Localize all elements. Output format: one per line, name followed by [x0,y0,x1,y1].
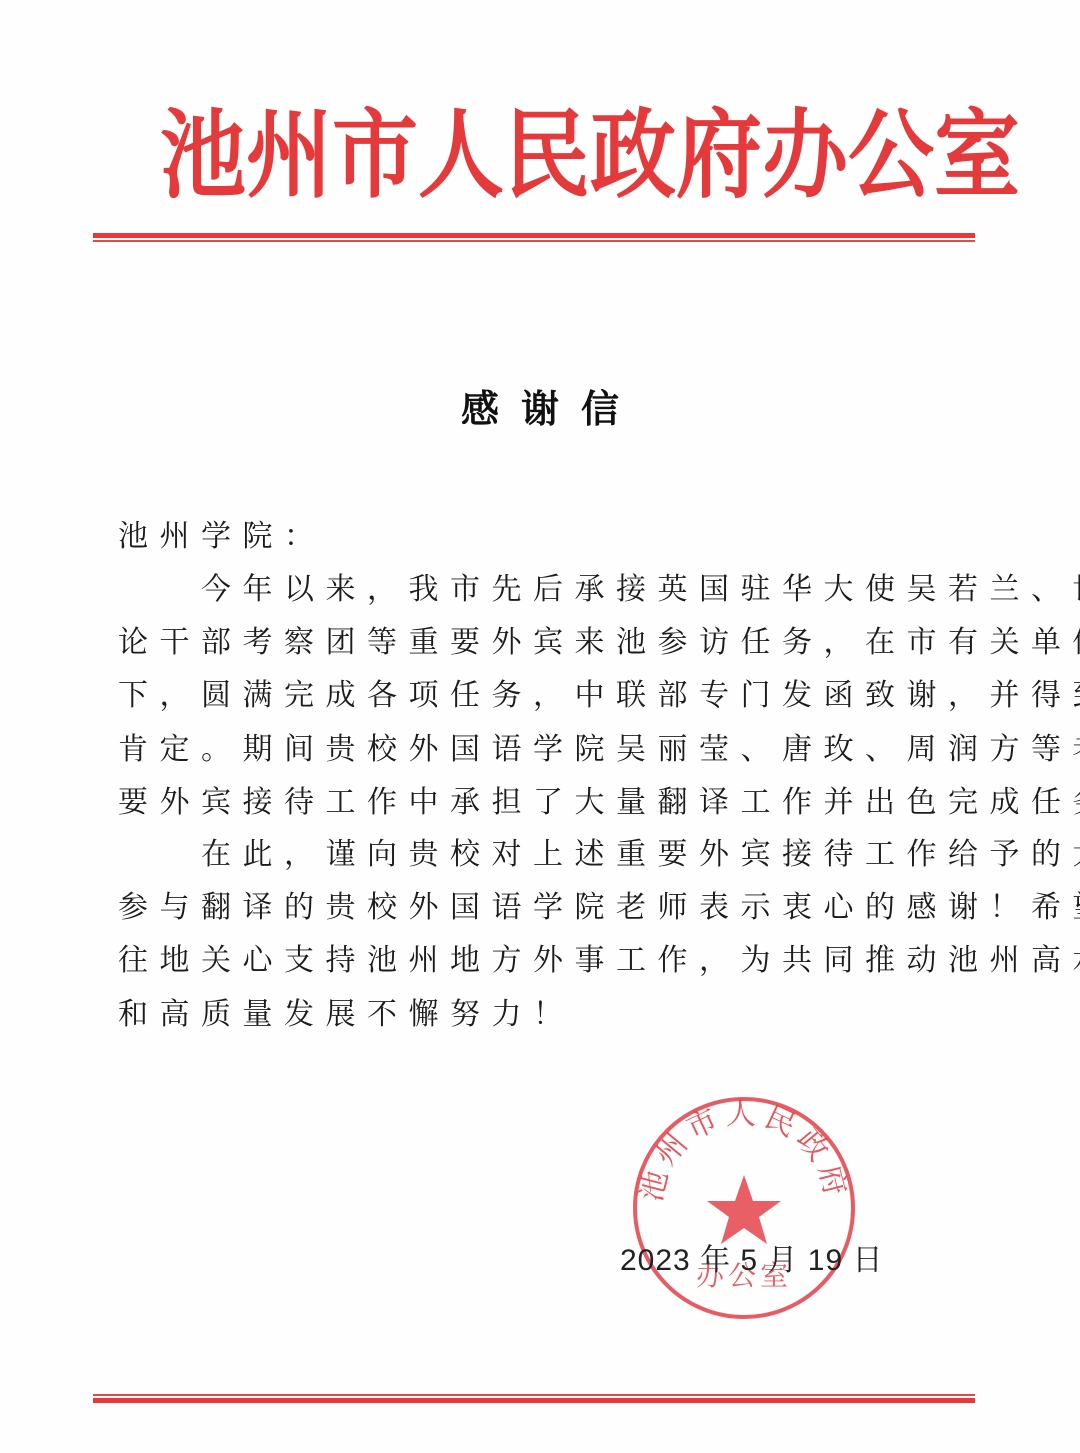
header-char: 池 [160,108,246,204]
paragraph-line: 下，圆满完成各项任务，中联部专门发函致谢，并得到省外办充分 [118,669,960,722]
header-char: 办 [762,108,848,204]
document-date: 2023 年 5 月 19 日 [620,1235,883,1279]
document-title: 感谢信 [0,378,1080,433]
document-page: 池 州 市 人 民 政 府 办 公 室 感谢信 池州学院： 今年以来，我市先后承… [0,0,1080,1453]
header-char: 政 [590,108,676,204]
official-seal: 池州市人民政府 办公室 [633,1097,855,1319]
paragraph-1: 今年以来，我市先后承接英国驻华大使吴若兰、世界共产党理 论干部考察团等重要外宾来… [118,563,960,829]
paragraph-line: 论干部考察团等重要外宾来池参访任务，在市有关单位共同努力 [118,616,960,669]
paragraph-line: 参与翻译的贵校外国语学院老师表示衷心的感谢！希望贵校一如既 [118,881,960,934]
paragraph-line: 肯定。期间贵校外国语学院吴丽莹、唐玫、周润方等老师在上述重 [118,723,960,776]
header-char: 室 [934,108,1020,204]
header-char: 人 [418,108,504,204]
issuing-organization-header: 池 州 市 人 民 政 府 办 公 室 [160,96,900,216]
paragraph-line: 今年以来，我市先后承接英国驻华大使吴若兰、世界共产党理 [118,563,960,616]
salutation-text: 池州学院： [118,510,960,563]
paragraph-line: 在此，谨向贵校对上述重要外宾接待工作给予的大力支持、对 [118,828,960,881]
header-char: 民 [504,108,590,204]
footer-divider [93,1394,975,1403]
header-char: 公 [848,108,934,204]
paragraph-line: 往地关心支持池州地方外事工作，为共同推动池州高水平对外开放 [118,934,960,987]
paragraph-2: 在此，谨向贵校对上述重要外宾接待工作给予的大力支持、对 参与翻译的贵校外国语学院… [118,828,960,1041]
star-icon [707,1175,781,1244]
seal-graphic: 池州市人民政府 办公室 [633,1097,855,1319]
paragraph-line: 要外宾接待工作中承担了大量翻译工作并出色完成任务。 [118,776,960,829]
header-char: 市 [332,108,418,204]
salutation: 池州学院： [118,510,960,563]
paragraph-line: 和高质量发展不懈努力！ [118,988,960,1041]
header-divider [93,233,975,242]
header-char: 府 [676,108,762,204]
header-char: 州 [246,108,332,204]
